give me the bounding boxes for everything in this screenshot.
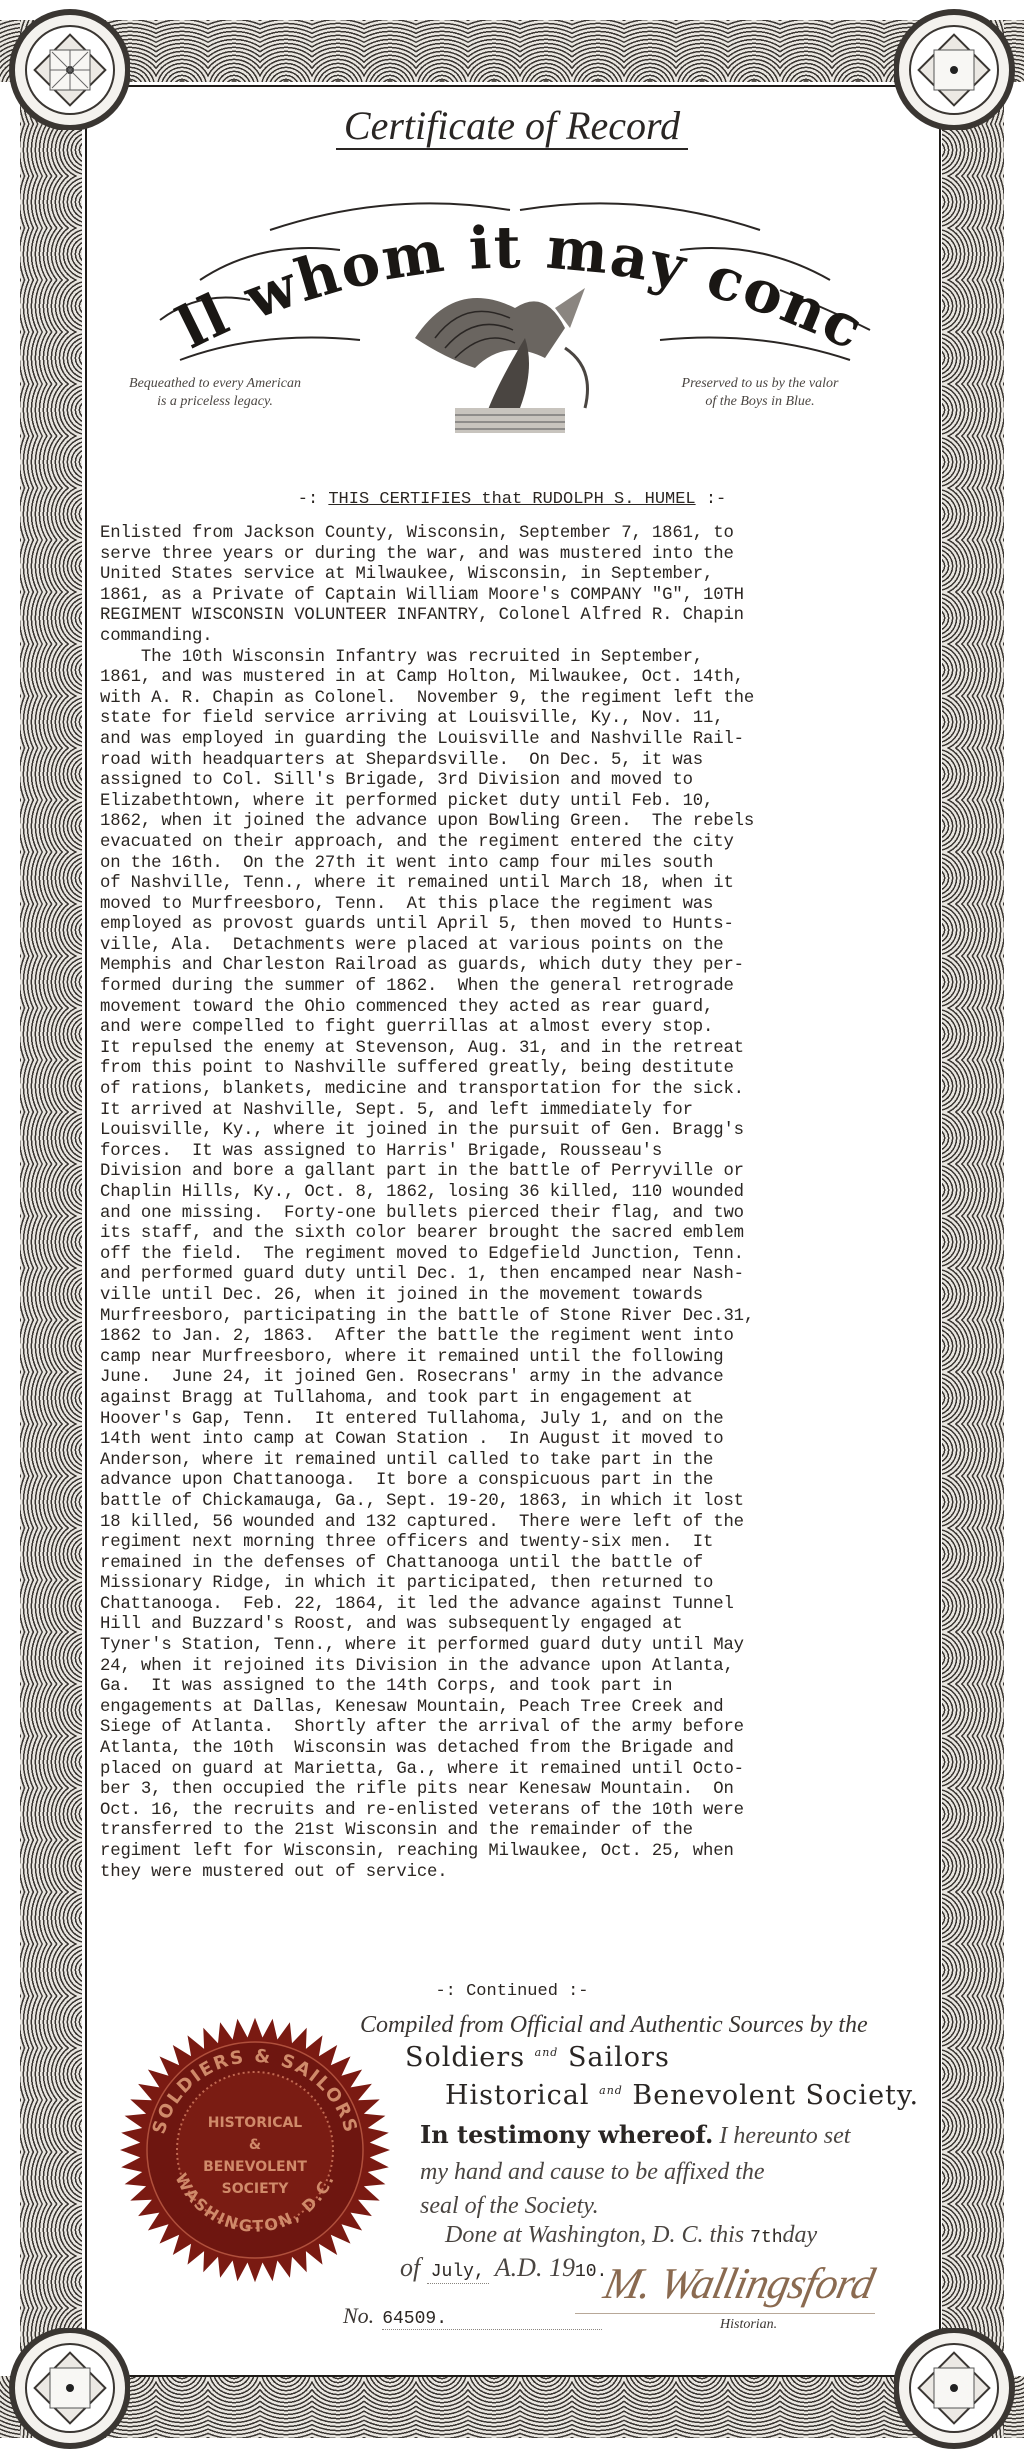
certifies-text: THIS CERTIFIES that RUDOLPH S. HUMEL [328, 490, 695, 509]
body-line: 1861, and was mustered in at Camp Holton… [100, 668, 936, 689]
body-line: 14th went into camp at Cowan Station . I… [100, 1430, 936, 1451]
body-line: camp near Murfreesboro, where it remaine… [100, 1348, 936, 1369]
seal-center-line: SOCIETY [222, 2181, 290, 2197]
certifies-suffix: :- [696, 490, 727, 509]
certificate-number: No.64509. [343, 2303, 602, 2330]
body-line: against Bragg at Tullahoma, and took par… [100, 1389, 936, 1410]
bequest-caption-left: Bequeathed to every American is a pricel… [95, 375, 335, 411]
historian-signature: M. Wallingsford [600, 2258, 879, 2309]
body-line: June. June 24, it joined Gen. Rosecrans'… [100, 1368, 936, 1389]
continued-marker: -: Continued :- [0, 1982, 1024, 2001]
certifies-prefix: -: [298, 490, 329, 509]
corner-ornament-icon [0, 2328, 130, 2458]
certificate-title-text: Certificate of Record [336, 103, 688, 150]
body-line: placed on guard at Marietta, Ga., where … [100, 1760, 936, 1781]
body-line: formed during the summer of 1862. When t… [100, 977, 936, 998]
and-word: and [535, 2046, 559, 2059]
of-prefix: of [400, 2253, 427, 2282]
body-line: The 10th Wisconsin Infantry was recruite… [100, 648, 936, 669]
body-line: Elizabethtown, where it performed picket… [100, 792, 936, 813]
body-line: and one missing. Forty-one bullets pierc… [100, 1204, 936, 1225]
body-line: and performed guard duty until Dec. 1, t… [100, 1265, 936, 1286]
society-word: Historical [445, 2080, 590, 2111]
testimony-text: seal of the Society. [420, 2189, 940, 2223]
society-seal-icon: SOLDIERS & SAILORS WASHINGTON, D.C. HIST… [110, 2015, 400, 2285]
society-word: Benevolent Society. [632, 2080, 919, 2111]
signature-title: Historian. [720, 2317, 777, 2333]
body-line: of Nashville, Tenn., where it remained u… [100, 874, 936, 895]
body-line: off the field. The regiment moved to Edg… [100, 1245, 936, 1266]
society-word: Soldiers [405, 2042, 525, 2073]
signature-line [575, 2313, 875, 2314]
body-line: of rations, blankets, medicine and trans… [100, 1080, 936, 1101]
body-line: regiment left for Wisconsin, reaching Mi… [100, 1842, 936, 1863]
body-line: Chaplin Hills, Ky., Oct. 8, 1862, losing… [100, 1183, 936, 1204]
body-line: ber 3, then occupied the rifle pits near… [100, 1780, 936, 1801]
testimony-text: my hand and cause to be affixed the [420, 2155, 940, 2189]
body-line: its staff, and the sixth color bearer br… [100, 1224, 936, 1245]
year-value: 10. [575, 2262, 607, 2282]
body-line: United States service at Milwaukee, Wisc… [100, 565, 936, 586]
testimony-paragraph: In testimony whereof. I hereunto set my … [420, 2118, 940, 2223]
and-word: and [599, 2084, 623, 2097]
body-line: road with headquarters at Shepardsville.… [100, 751, 936, 772]
body-line: advance upon Chattanooga. It bore a cons… [100, 1471, 936, 1492]
body-line: Atlanta, the 10th Wisconsin was detached… [100, 1739, 936, 1760]
done-prefix: Done at Washington, D. C. this [445, 2222, 750, 2248]
bequest-right-line-2: of the Boys in Blue. [630, 393, 890, 411]
body-line: remained in the defenses of Chattanooga … [100, 1554, 936, 1575]
body-line: forces. It was assigned to Harris' Briga… [100, 1142, 936, 1163]
month-value: July, [431, 2262, 485, 2282]
testimony-heading: In testimony whereof. [420, 2120, 713, 2149]
body-line: engagements at Dallas, Kenesaw Mountain,… [100, 1698, 936, 1719]
ad-label: A.D. 19 [489, 2253, 575, 2282]
certificate-title: Certificate of Record [0, 102, 1024, 149]
body-line: 1862 to Jan. 2, 1863. After the battle t… [100, 1327, 936, 1348]
body-line: It arrived at Nashville, Sept. 5, and le… [100, 1101, 936, 1122]
body-line: they were mustered out of service. [100, 1863, 936, 1884]
body-line: Enlisted from Jackson County, Wisconsin,… [100, 524, 936, 545]
testimony-text: I hereunto set [713, 2123, 850, 2149]
body-line: evacuated on their approach, and the reg… [100, 833, 936, 854]
body-line: Louisville, Ky., where it joined in the … [100, 1121, 936, 1142]
body-line: on the 16th. On the 27th it went into ca… [100, 854, 936, 875]
body-line: battle of Chickamauga, Ga., Sept. 19-20,… [100, 1492, 936, 1513]
compiled-from-text: Compiled from Official and Authentic Sou… [360, 2012, 940, 2039]
body-line: Oct. 16, the recruits and re-enlisted ve… [100, 1801, 936, 1822]
corner-ornament-icon [894, 2328, 1024, 2458]
done-at-line: Done at Washington, D. C. this 7thday [445, 2222, 817, 2249]
date-line: of July, A.D. 1910. [400, 2253, 607, 2284]
seal-center-line: & [249, 2137, 261, 2153]
service-record-body: Enlisted from Jackson County, Wisconsin,… [100, 524, 936, 1883]
body-line: state for field service arriving at Loui… [100, 709, 936, 730]
body-line: assigned to Col. Sill's Brigade, 3rd Div… [100, 771, 936, 792]
body-line: Hoover's Gap, Tenn. It entered Tullahoma… [100, 1410, 936, 1431]
certifies-line: -: THIS CERTIFIES that RUDOLPH S. HUMEL … [0, 490, 1024, 509]
bequest-caption-right: Preserved to us by the valor of the Boys… [630, 375, 890, 411]
day-value: 7th [750, 2228, 782, 2248]
bequest-left-line-2: is a priceless legacy. [95, 393, 335, 411]
body-line: REGIMENT WISCONSIN VOLUNTEER INFANTRY, C… [100, 606, 936, 627]
body-line: ville until Dec. 26, when it joined in t… [100, 1286, 936, 1307]
bequest-right-line-1: Preserved to us by the valor [630, 375, 890, 393]
seal-center-line: BENEVOLENT [203, 2159, 307, 2175]
body-line: and were compelled to fight guerrillas a… [100, 1018, 936, 1039]
number-value: 64509. [382, 2309, 602, 2330]
bequest-left-line-1: Bequeathed to every American [95, 375, 335, 393]
body-line: 1862, when it joined the advance upon Bo… [100, 812, 936, 833]
lace-border-bottom [0, 2376, 1024, 2438]
body-line: and was employed in guarding the Louisvi… [100, 730, 936, 751]
body-line: commanding. [100, 627, 936, 648]
body-line: Division and bore a gallant part in the … [100, 1162, 936, 1183]
body-line: regiment next morning three officers and… [100, 1533, 936, 1554]
seal-center-line: HISTORICAL [208, 2115, 303, 2131]
society-word: Sailors [568, 2042, 670, 2073]
body-line: serve three years or during the war, and… [100, 545, 936, 566]
lace-border-right [942, 20, 1004, 2438]
body-line: 24, when it rejoined its Division in the… [100, 1657, 936, 1678]
body-line: Chattanooga. Feb. 22, 1864, it led the a… [100, 1595, 936, 1616]
body-line: Memphis and Charleston Railroad as guard… [100, 956, 936, 977]
body-line: transferred to the 21st Wisconsin and th… [100, 1821, 936, 1842]
lace-border-top [0, 20, 1024, 82]
number-label: No. [343, 2303, 374, 2328]
body-line: ville, Ala. Detachments were placed at v… [100, 936, 936, 957]
body-line: Anderson, where it remained until called… [100, 1451, 936, 1472]
eagle-emblem-icon [395, 268, 625, 443]
done-suffix: day [783, 2222, 818, 2248]
society-name-line-1: Soldiers and Sailors [405, 2042, 670, 2073]
body-line: with A. R. Chapin as Colonel. November 9… [100, 689, 936, 710]
body-line: It repulsed the enemy at Stevenson, Aug.… [100, 1039, 936, 1060]
society-name-line-2: Historical and Benevolent Society. [445, 2080, 919, 2111]
body-line: movement toward the Ohio commenced they … [100, 998, 936, 1019]
body-line: Ga. It was assigned to the 14th Corps, a… [100, 1677, 936, 1698]
body-line: 18 killed, 56 wounded and 132 captured. … [100, 1513, 936, 1534]
body-line: Siege of Atlanta. Shortly after the arri… [100, 1718, 936, 1739]
body-line: employed as provost guards until April 5… [100, 915, 936, 936]
body-line: from this point to Nashville suffered gr… [100, 1059, 936, 1080]
body-line: Murfreesboro, participating in the battl… [100, 1307, 936, 1328]
body-line: moved to Murfreesboro, Tenn. At this pla… [100, 895, 936, 916]
body-line: Missionary Ridge, in which it participat… [100, 1574, 936, 1595]
body-line: 1861, as a Private of Captain William Mo… [100, 586, 936, 607]
body-line: Tyner's Station, Tenn., where it perform… [100, 1636, 936, 1657]
body-line: Hill and Buzzard's Roost, and was subseq… [100, 1615, 936, 1636]
lace-border-left [20, 20, 82, 2438]
